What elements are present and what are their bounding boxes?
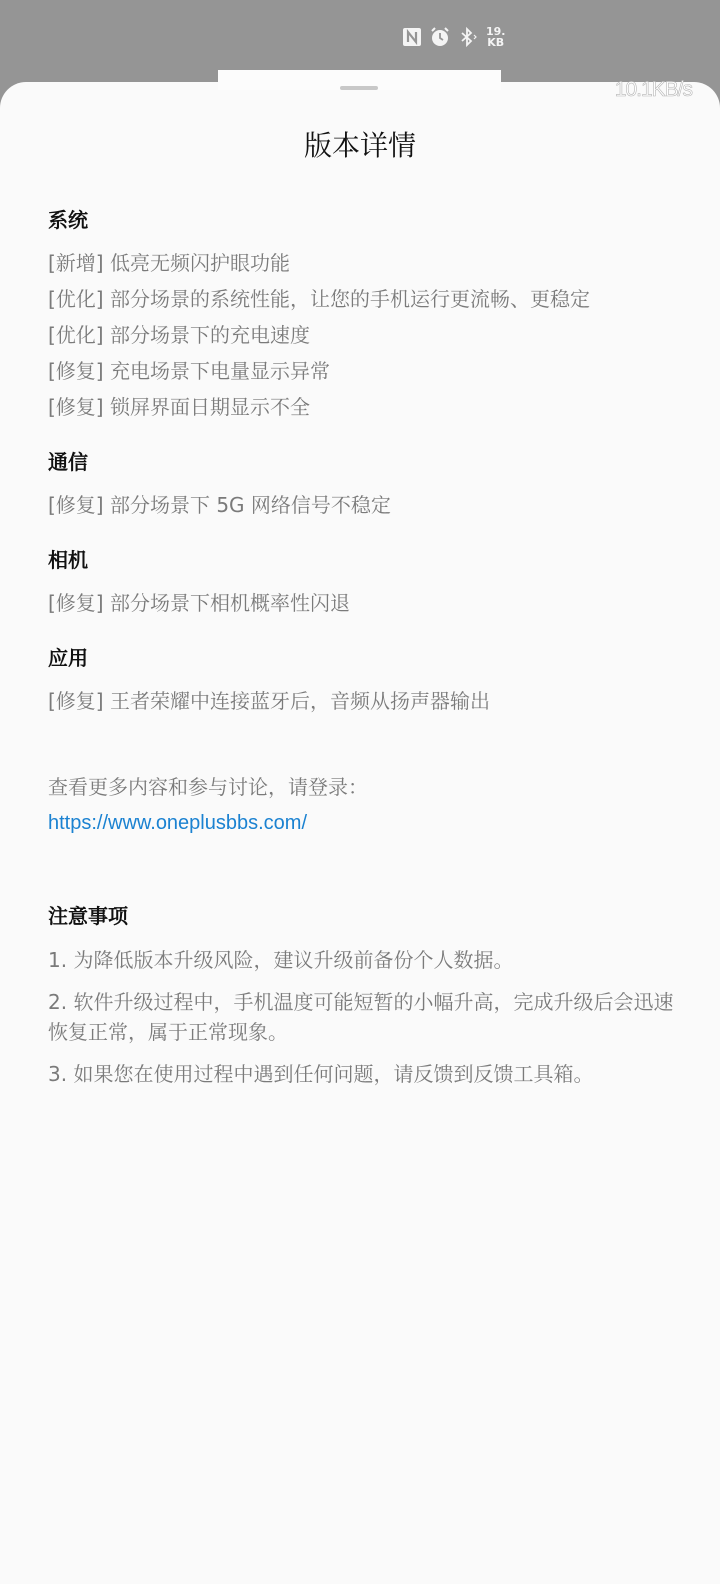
- network-speed-unit: KB: [486, 37, 506, 48]
- drag-handle[interactable]: [340, 86, 378, 90]
- section-heading: 相机: [48, 545, 678, 575]
- status-icons: 19. KB: [402, 26, 506, 48]
- section-communication: 通信 [修复] 部分场景下 5G 网络信号不稳定: [48, 447, 678, 523]
- list-item: [修复] 部分场景下相机概率性闪退: [48, 585, 678, 621]
- list-item: [新增] 低亮无频闪护眼功能: [48, 245, 678, 281]
- note-item: 1. 为降低版本升级风险，建议升级前备份个人数据。: [48, 945, 678, 975]
- section-camera: 相机 [修复] 部分场景下相机概率性闪退: [48, 545, 678, 621]
- list-item: [修复] 充电场景下电量显示异常: [48, 353, 678, 389]
- bluetooth-icon: [458, 26, 478, 48]
- network-speed-indicator: 19. KB: [486, 26, 506, 48]
- list-item: [优化] 部分场景的系统性能，让您的手机运行更流畅、更稳定: [48, 281, 678, 317]
- section-heading: 应用: [48, 643, 678, 673]
- notes-section: 注意事项 1. 为降低版本升级风险，建议升级前备份个人数据。 2. 软件升级过程…: [48, 901, 678, 1089]
- alarm-icon: [430, 26, 450, 48]
- list-item: [修复] 部分场景下 5G 网络信号不稳定: [48, 487, 678, 523]
- section-heading: 通信: [48, 447, 678, 477]
- nfc-icon: [402, 26, 422, 48]
- section-system: 系统 [新增] 低亮无频闪护眼功能 [优化] 部分场景的系统性能，让您的手机运行…: [48, 205, 678, 425]
- list-item: [修复] 王者荣耀中连接蓝牙后，音频从扬声器输出: [48, 683, 678, 719]
- list-item: [优化] 部分场景下的充电速度: [48, 317, 678, 353]
- note-item: 2. 软件升级过程中，手机温度可能短暂的小幅升高，完成升级后会迅速恢复正常，属于…: [48, 987, 678, 1047]
- section-apps: 应用 [修复] 王者荣耀中连接蓝牙后，音频从扬声器输出: [48, 643, 678, 719]
- network-speed-overlay: 10.1KB/s: [615, 78, 692, 102]
- more-info-text: 查看更多内容和参与讨论，请登录：: [48, 769, 678, 805]
- list-item: [修复] 锁屏界面日期显示不全: [48, 389, 678, 425]
- page-title: 版本详情: [0, 124, 720, 164]
- release-notes: 系统 [新增] 低亮无频闪护眼功能 [优化] 部分场景的系统性能，让您的手机运行…: [48, 205, 678, 1101]
- notes-heading: 注意事项: [48, 901, 678, 931]
- section-heading: 系统: [48, 205, 678, 235]
- note-item: 3. 如果您在使用过程中遇到任何问题，请反馈到反馈工具箱。: [48, 1059, 678, 1089]
- forum-link[interactable]: https://www.oneplusbbs.com/: [48, 805, 678, 841]
